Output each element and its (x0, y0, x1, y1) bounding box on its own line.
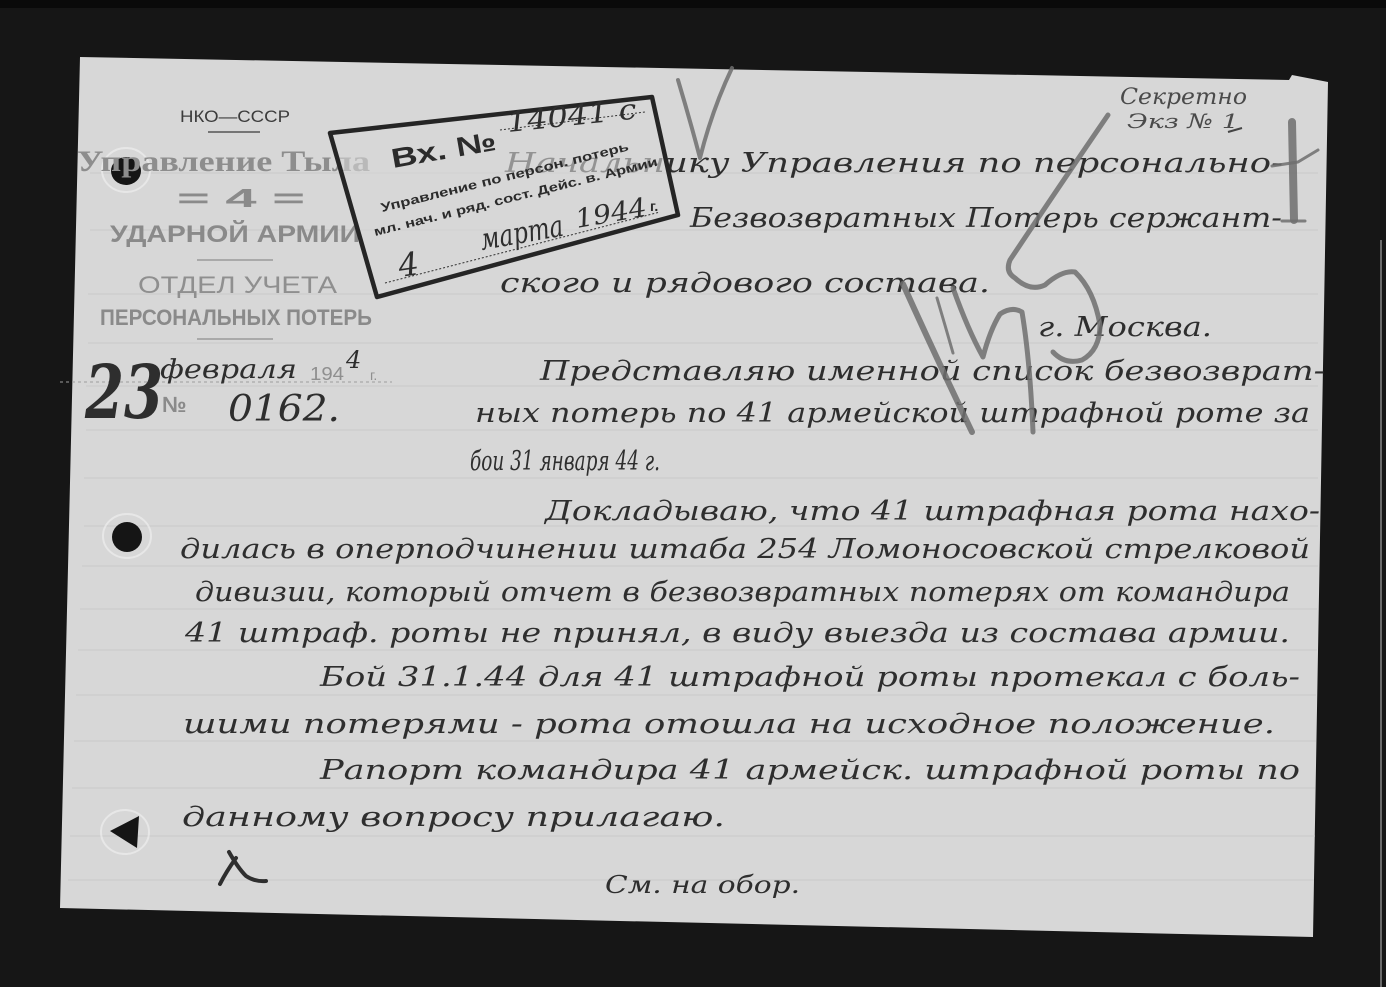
addressee-line: ского и рядового состава. (500, 268, 990, 299)
date-suffix: г. (370, 367, 377, 383)
classification-copy-number: Экз № 1 (1127, 109, 1239, 133)
ministry-label: НКО—СССР (180, 107, 290, 126)
body-line: Рапорт командира 41 армейск. штрафной ро… (319, 755, 1300, 786)
department-label-line2: ПЕРСОНАЛЬНЫХ ПОТЕРЬ (100, 305, 372, 330)
outgoing-number: 0162. (228, 389, 340, 430)
body-line: Докладываю, что 41 штрафная рота нахо- (544, 496, 1320, 527)
body-line: дивизии, который отчет в безвозвратных п… (195, 577, 1290, 608)
body-line: дилась в оперподчинении штаба 254 Ломоно… (180, 534, 1310, 565)
scanned-document: НКО—СССР Управление Тыла = 4 = УДАРНОЙ А… (0, 0, 1386, 987)
addressee-line: Безвозвратных Потерь сержант- (689, 203, 1282, 234)
classification-block: Секретно Экз № 1 (1120, 85, 1247, 133)
army-name-label: УДАРНОЙ АРМИИ (110, 220, 360, 248)
date-month: февраля (160, 355, 297, 385)
department-label-line1: ОТДЕЛ УЧЕТА (138, 272, 337, 299)
stamp-date-suffix: г. (650, 198, 658, 214)
date-year-printed: 194 (310, 364, 344, 384)
body-line: бои 31 января 44 г. (470, 446, 660, 477)
body-line: шими потерями - рота отошла на исходное … (183, 709, 1275, 740)
classification-secret: Секретно (1120, 85, 1247, 110)
see-reverse-note: См. на обор. (605, 871, 800, 899)
directorate-label: Управление Тыла (77, 145, 370, 178)
body-line: данному вопросу прилагаю. (182, 802, 725, 833)
date-day: 23 (84, 350, 163, 436)
body-line: Бой 31.1.44 для 41 штрафной роты протека… (319, 662, 1300, 693)
body-line: ных потерь по 41 армейской штрафной роте… (475, 398, 1310, 429)
army-number-label: = 4 = (177, 183, 305, 213)
date-year-handwritten: 4 (345, 346, 361, 374)
body-line: 41 штраф. роты не принял, в виду выезда … (184, 618, 1290, 649)
scan-top-edge (0, 0, 1386, 8)
addressee-city: г. Москва. (1038, 312, 1212, 343)
body-line: Представляю именной список безвозврат- (539, 356, 1325, 387)
number-label: № (162, 392, 187, 417)
